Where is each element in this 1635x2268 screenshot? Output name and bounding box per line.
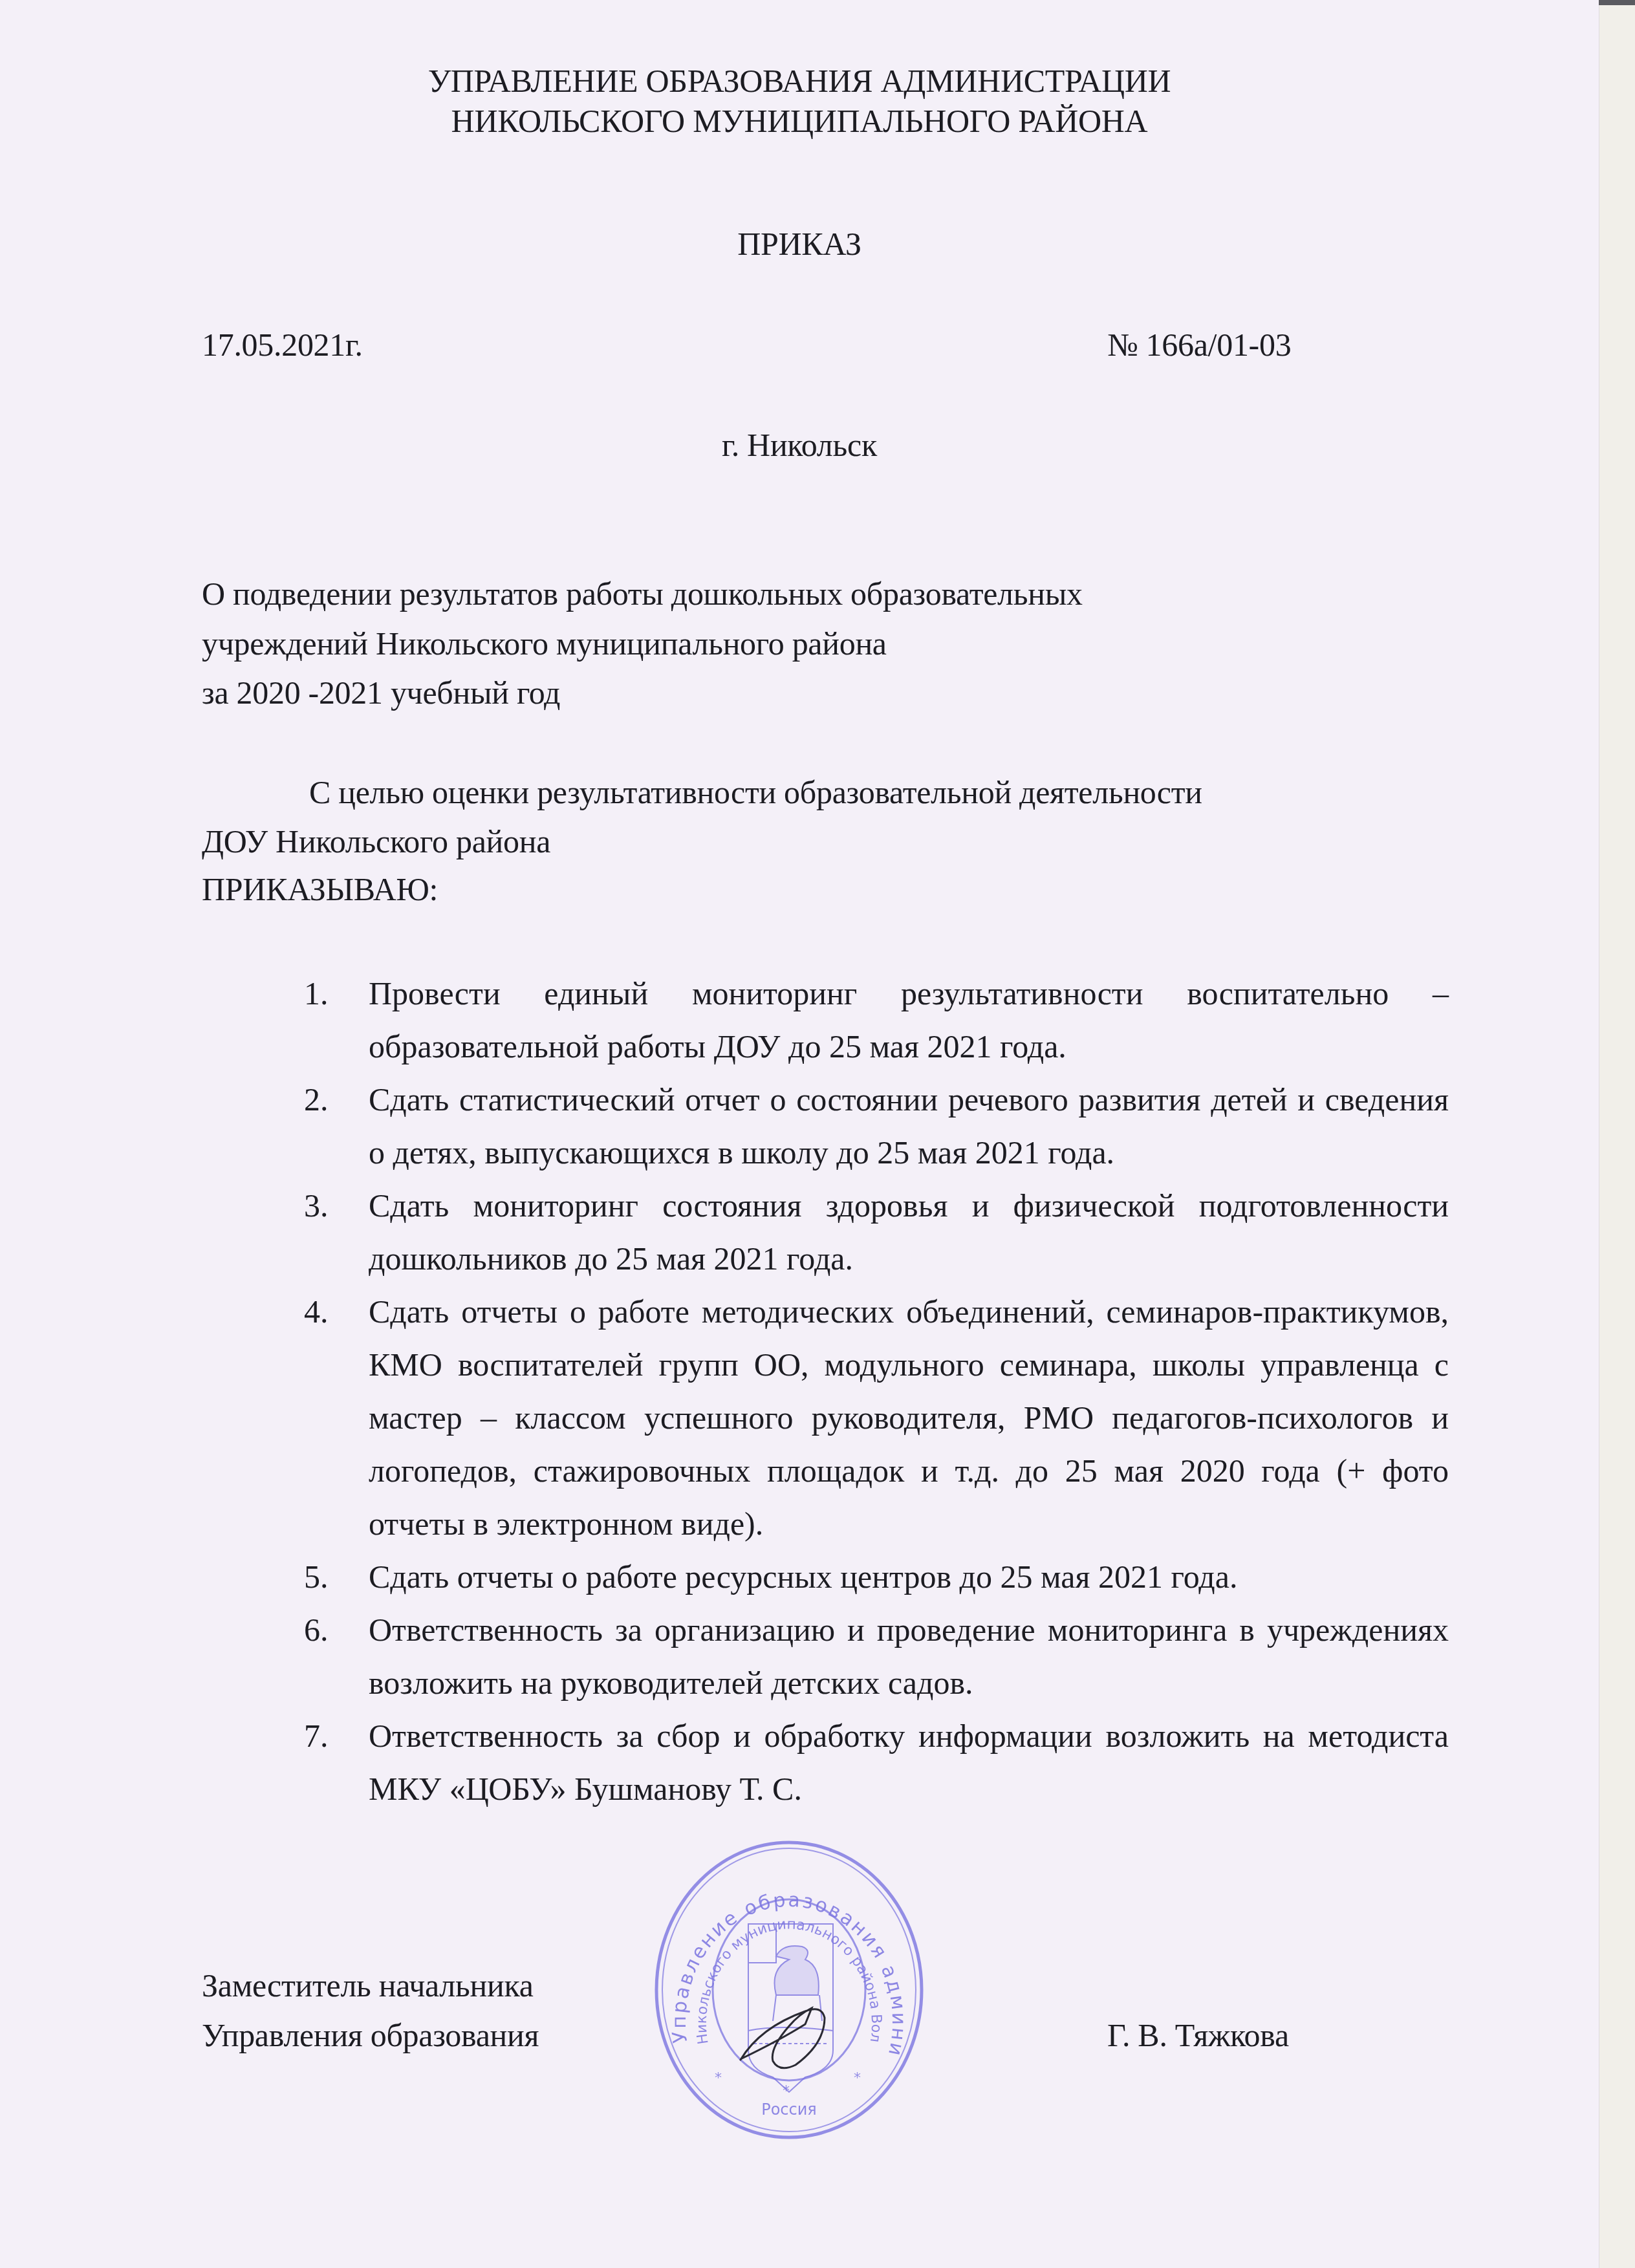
order-item: 2.Сдать статистический отчет о состоянии… (304, 1073, 1449, 1179)
org-name-line1: УПРАВЛЕНИЕ ОБРАЗОВАНИЯ АДМИНИСТРАЦИИ (0, 65, 1599, 97)
document-type: ПРИКАЗ (0, 228, 1599, 260)
preamble-line1: С целью оценки результативности образова… (309, 776, 1202, 808)
city: г. Никольск (0, 429, 1599, 461)
preamble-line2: ДОУ Никольского района (202, 825, 550, 858)
scan-edge-strip (1599, 0, 1635, 2268)
item-text: Ответственность за сбор и обработку инфо… (369, 1718, 1449, 1807)
order-items-list: 1.Провести единый мониторинг результатив… (304, 967, 1449, 1815)
subject-line3: за 2020 -2021 учебный год (202, 676, 560, 709)
svg-text:*: * (715, 2070, 722, 2086)
item-number: 6. (304, 1603, 329, 1656)
item-text: Ответственность за организацию и проведе… (369, 1612, 1449, 1701)
item-number: 2. (304, 1073, 329, 1126)
order-word: ПРИКАЗЫВАЮ: (202, 873, 438, 905)
handwritten-signature (734, 1989, 863, 2073)
order-item: 7.Ответственность за сбор и обработку ин… (304, 1709, 1449, 1815)
item-number: 5. (304, 1550, 329, 1603)
subject-line2: учреждений Никольского муниципального ра… (202, 627, 887, 660)
order-item: 6.Ответственность за организацию и прове… (304, 1603, 1449, 1709)
order-item: 1.Провести единый мониторинг результатив… (304, 967, 1449, 1073)
signer-position-line2: Управления образования (202, 2019, 539, 2051)
order-item: 3.Сдать мониторинг состояния здоровья и … (304, 1179, 1449, 1285)
item-text: Провести единый мониторинг результативно… (369, 975, 1449, 1064)
item-text: Сдать отчеты о работе методических объед… (369, 1293, 1449, 1542)
subject-line1: О подведении результатов работы дошкольн… (202, 578, 1083, 610)
signer-name: Г. В. Тяжкова (1107, 2019, 1289, 2051)
org-name-line2: НИКОЛЬСКОГО МУНИЦИПАЛЬНОГО РАЙОНА (0, 105, 1599, 137)
item-text: Сдать статистический отчет о состоянии р… (369, 1081, 1449, 1171)
order-item: 4.Сдать отчеты о работе методических объ… (304, 1285, 1449, 1550)
item-number: 7. (304, 1709, 329, 1762)
order-item: 5.Сдать отчеты о работе ресурсных центро… (304, 1550, 1449, 1603)
item-number: 4. (304, 1285, 329, 1338)
item-text: Сдать мониторинг состояния здоровья и фи… (369, 1187, 1449, 1277)
document-number: № 166а/01-03 (1107, 329, 1291, 361)
stamp-bottom-text: Россия (761, 2101, 817, 2119)
scan-edge-shadow (1599, 0, 1635, 5)
signer-position-line1: Заместитель начальника (202, 1969, 534, 2002)
item-number: 1. (304, 967, 329, 1020)
document-date: 17.05.2021г. (202, 329, 363, 361)
item-text: Сдать отчеты о работе ресурсных центров … (369, 1559, 1238, 1595)
item-number: 3. (304, 1179, 329, 1232)
